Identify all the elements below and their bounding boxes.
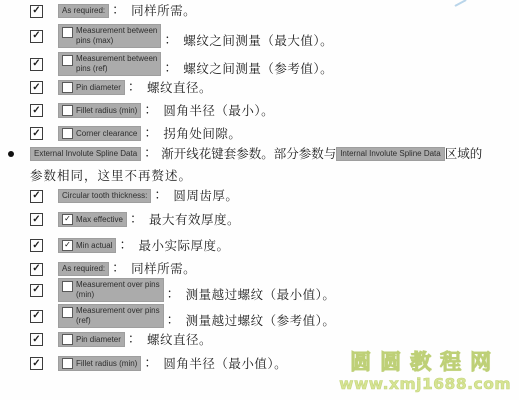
option-row: ✓Fillet radius (min)：圆角半径（最小）。	[0, 103, 519, 118]
ui-label-chip: Fillet radius (min)	[58, 103, 141, 118]
ui-label-line: Internal Involute Spline Data	[340, 149, 441, 159]
ui-label-line: Circular tooth thickness:	[62, 191, 147, 201]
item-checkbox[interactable]: ✓	[30, 239, 43, 252]
ui-label-text: Measurement betweenpins (ref)	[76, 54, 157, 74]
watermark-url: www.xmj1688.com	[339, 375, 511, 394]
item-description: 圆角半径（最小值）。	[163, 357, 287, 371]
colon: ：	[144, 147, 157, 161]
ui-label-text: External Involute Spline Data	[34, 149, 137, 159]
colon: ：	[164, 62, 177, 76]
ui-label-text: Measurement over pins(ref)	[76, 306, 160, 326]
item-checkbox[interactable]: ✓	[30, 81, 43, 94]
colon: ：	[164, 34, 177, 48]
ui-label-line: Pin diameter	[76, 335, 121, 345]
colon: ：	[167, 288, 180, 302]
bullet-text: 区域的	[445, 147, 483, 161]
item-description: 螺纹直径。	[147, 81, 212, 95]
ui-label-line: Measurement over pins	[76, 280, 160, 290]
ui-label-chip: Internal Involute Spline Data	[336, 147, 445, 161]
ui-label-text: Measurement betweenpins (max)	[76, 26, 157, 46]
ui-label-text: Circular tooth thickness:	[62, 191, 147, 201]
option-row: ✓As required:：同样所需。	[0, 262, 519, 276]
ui-label-chip: External Involute Spline Data	[30, 147, 141, 161]
option-row: ✓✓Min actual：最小实际厚度。	[0, 238, 519, 253]
option-row: ✓Measurement betweenpins (ref)：螺纹之间测量（参考…	[0, 52, 519, 76]
ui-label-chip: As required:	[58, 4, 109, 18]
ui-label-chip: Pin diameter	[58, 80, 125, 95]
ui-label-text: Pin diameter	[76, 335, 121, 345]
item-checkbox[interactable]: ✓	[30, 30, 43, 43]
item-description: 同样所需。	[131, 262, 196, 276]
ui-label-chip: As required:	[58, 262, 109, 276]
ui-label-chip: Measurement betweenpins (ref)	[58, 52, 161, 76]
item-description: 圆角半径（最小）。	[163, 104, 274, 118]
ui-label-text: Fillet radius (min)	[76, 106, 137, 116]
option-row: ✓Circular tooth thickness:：圆周齿厚。	[0, 189, 519, 203]
item-checkbox[interactable]: ✓	[30, 5, 43, 18]
ui-label-text: Measurement over pins(min)	[76, 280, 160, 300]
ui-label-chip: ✓Max effective	[58, 212, 127, 227]
bullet-text-line2: 参数相同，这里不再赘述。	[30, 169, 519, 183]
ui-label-line: Min actual	[76, 241, 112, 251]
ui-label-chip: Measurement over pins(min)	[58, 278, 164, 302]
item-checkbox[interactable]: ✓	[30, 104, 43, 117]
ui-label-text: As required:	[62, 6, 105, 16]
colon: ：	[119, 239, 132, 253]
unchecked-checkbox-icon[interactable]	[62, 82, 73, 93]
option-list: ✓As required:：同样所需。✓Measurement betweenp…	[0, 4, 519, 371]
ui-label-line: pins (max)	[76, 36, 157, 46]
item-description: 测量越过螺纹（最小值）。	[186, 288, 336, 302]
item-description: 螺纹之间测量（最大值）。	[183, 34, 333, 48]
ui-label-text: Fillet radius (min)	[76, 359, 137, 369]
ui-label-chip: Pin diameter	[58, 332, 125, 347]
ui-label-line: (min)	[76, 290, 160, 300]
unchecked-checkbox-icon[interactable]	[62, 105, 73, 116]
ui-label-text: Internal Involute Spline Data	[340, 149, 441, 159]
ui-label-text: Corner clearance	[76, 129, 137, 139]
item-description: 最大有效厚度。	[149, 213, 240, 227]
unchecked-checkbox-icon[interactable]	[62, 281, 73, 292]
ui-label-text: Min actual	[76, 241, 112, 251]
ui-label-line: Corner clearance	[76, 129, 137, 139]
option-row: ✓✓Max effective：最大有效厚度。	[0, 212, 519, 227]
ui-label-text: Pin diameter	[76, 83, 121, 93]
option-row: ✓Measurement over pins(min)：测量越过螺纹（最小值）。	[0, 278, 519, 302]
ui-label-line: Fillet radius (min)	[76, 106, 137, 116]
ui-label-line: Pin diameter	[76, 83, 121, 93]
colon: ：	[130, 213, 143, 227]
item-checkbox[interactable]: ✓	[30, 213, 43, 226]
bullet-icon	[8, 151, 14, 157]
item-description: 拐角处间隙。	[163, 127, 241, 141]
bullet-text: 渐开线花键套参数。部分参数与	[161, 147, 336, 161]
item-description: 测量越过螺纹（参考值）。	[186, 314, 336, 328]
unchecked-checkbox-icon[interactable]	[62, 307, 73, 318]
ui-label-line: Measurement between	[76, 54, 157, 64]
item-checkbox[interactable]: ✓	[30, 333, 43, 346]
item-checkbox[interactable]: ✓	[30, 357, 43, 370]
option-row: ✓Measurement over pins(ref)：测量越过螺纹（参考值）。	[0, 304, 519, 328]
ui-label-text: Max effective	[76, 215, 123, 225]
ui-label-line: Fillet radius (min)	[76, 359, 137, 369]
item-checkbox[interactable]: ✓	[30, 190, 43, 203]
ui-label-line: As required:	[62, 6, 105, 16]
item-checkbox[interactable]: ✓	[30, 127, 43, 140]
colon: ：	[128, 333, 141, 347]
item-description: 螺纹直径。	[147, 333, 212, 347]
unchecked-checkbox-icon[interactable]	[62, 358, 73, 369]
ui-label-line: Max effective	[76, 215, 123, 225]
ui-label-line: External Involute Spline Data	[34, 149, 137, 159]
item-checkbox[interactable]: ✓	[30, 310, 43, 323]
colon: ：	[154, 189, 167, 203]
option-row: ✓Pin diameter：螺纹直径。	[0, 80, 519, 95]
ui-label-chip: Measurement betweenpins (max)	[58, 24, 161, 48]
option-row: ✓Fillet radius (min)：圆角半径（最小值）。	[0, 356, 519, 371]
unchecked-checkbox-icon[interactable]	[62, 27, 73, 38]
item-description: 最小实际厚度。	[138, 239, 229, 253]
ui-label-line: pins (ref)	[76, 64, 157, 74]
item-checkbox[interactable]: ✓	[30, 263, 43, 276]
colon: ：	[112, 262, 125, 276]
ui-label-text: As required:	[62, 264, 105, 274]
item-description: 圆周齿厚。	[173, 189, 238, 203]
ui-label-line: Measurement between	[76, 26, 157, 36]
checked-checkbox-icon[interactable]: ✓	[62, 240, 73, 251]
option-row: ✓Pin diameter：螺纹直径。	[0, 332, 519, 347]
scanned-document-page: ✓As required:：同样所需。✓Measurement betweenp…	[0, 0, 519, 400]
ui-label-chip: Measurement over pins(ref)	[58, 304, 164, 328]
ui-label-chip: Fillet radius (min)	[58, 356, 141, 371]
colon: ：	[144, 357, 157, 371]
colon: ：	[128, 81, 141, 95]
checked-checkbox-icon[interactable]: ✓	[62, 214, 73, 225]
item-checkbox[interactable]: ✓	[30, 284, 43, 297]
unchecked-checkbox-icon[interactable]	[62, 55, 73, 66]
ui-label-line: Measurement over pins	[76, 306, 160, 316]
colon: ：	[144, 104, 157, 118]
item-description: 同样所需。	[131, 4, 196, 18]
option-row: ✓Measurement betweenpins (max)：螺纹之间测量（最大…	[0, 24, 519, 48]
option-row: ✓As required:：同样所需。	[0, 4, 519, 18]
colon: ：	[112, 4, 125, 18]
colon: ：	[167, 314, 180, 328]
bullet-line: External Involute Spline Data：渐开线花键套参数。部…	[0, 147, 519, 161]
ui-label-line: As required:	[62, 264, 105, 274]
item-description: 螺纹之间测量（参考值）。	[183, 62, 333, 76]
unchecked-checkbox-icon[interactable]	[62, 128, 73, 139]
option-row: ✓Corner clearance：拐角处间隙。	[0, 126, 519, 141]
item-checkbox[interactable]: ✓	[30, 58, 43, 71]
ui-label-line: (ref)	[76, 316, 160, 326]
bullet-paragraph: External Involute Spline Data：渐开线花键套参数。部…	[0, 147, 519, 183]
ui-label-chip: Corner clearance	[58, 126, 141, 141]
unchecked-checkbox-icon[interactable]	[62, 334, 73, 345]
ui-label-chip: ✓Min actual	[58, 238, 116, 253]
colon: ：	[144, 127, 157, 141]
ui-label-chip: Circular tooth thickness:	[58, 189, 151, 203]
